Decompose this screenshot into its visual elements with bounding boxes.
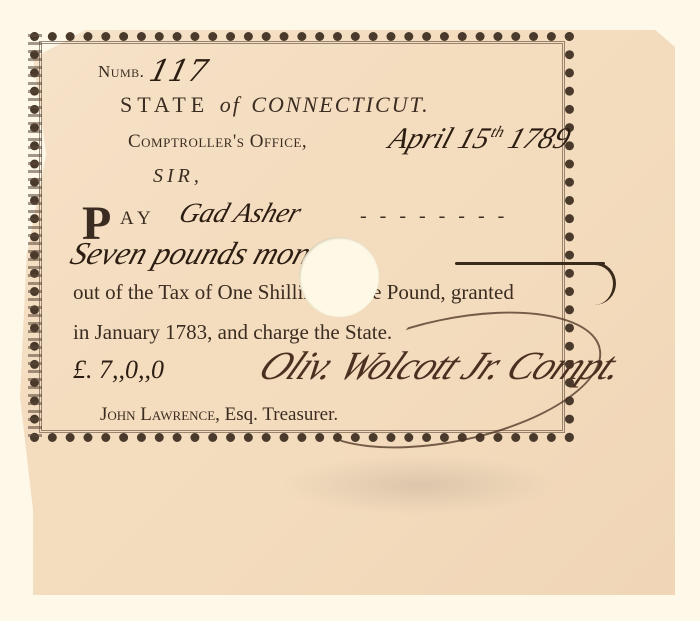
ornamental-border-left-band — [28, 34, 42, 438]
cancellation-punch-hole — [299, 237, 379, 317]
date-handwritten: April 15th 1789 — [384, 122, 574, 156]
amount-flourish-line — [455, 262, 605, 265]
treasurer-name: John Lawrence, — [100, 404, 220, 425]
office-label: Comptroller's Office, — [128, 131, 307, 153]
payee-dashes: - - - - - - - - — [360, 205, 508, 228]
date-year: 1789 — [504, 122, 575, 155]
salutation: SIR, — [153, 165, 203, 188]
sum-handwritten: £. 7,,0,,0 — [73, 355, 164, 385]
state-title-prefix: STATE — [120, 92, 209, 117]
numb-value: 117 — [146, 54, 212, 89]
state-title: STATE of CONNECTICUT. — [120, 92, 430, 118]
state-title-of: of — [220, 92, 241, 117]
state-title-name: CONNECTICUT. — [251, 92, 429, 117]
pay-label: AY — [120, 208, 156, 230]
treasurer-title: Esq. Treasurer. — [225, 404, 338, 425]
treasurer-line: John Lawrence, Esq. Treasurer. — [100, 404, 338, 426]
offset-ink-stain — [280, 455, 560, 515]
tax-line: out of the Tax of One Shilling on the Po… — [73, 280, 514, 305]
numb-label: Numb. — [98, 62, 144, 82]
date-month-day: April 15 — [385, 122, 495, 155]
payee-handwritten: Gad Asher — [175, 198, 305, 230]
comptroller-signature: Oliv. Wolcott Jr. Compt. — [251, 342, 634, 389]
